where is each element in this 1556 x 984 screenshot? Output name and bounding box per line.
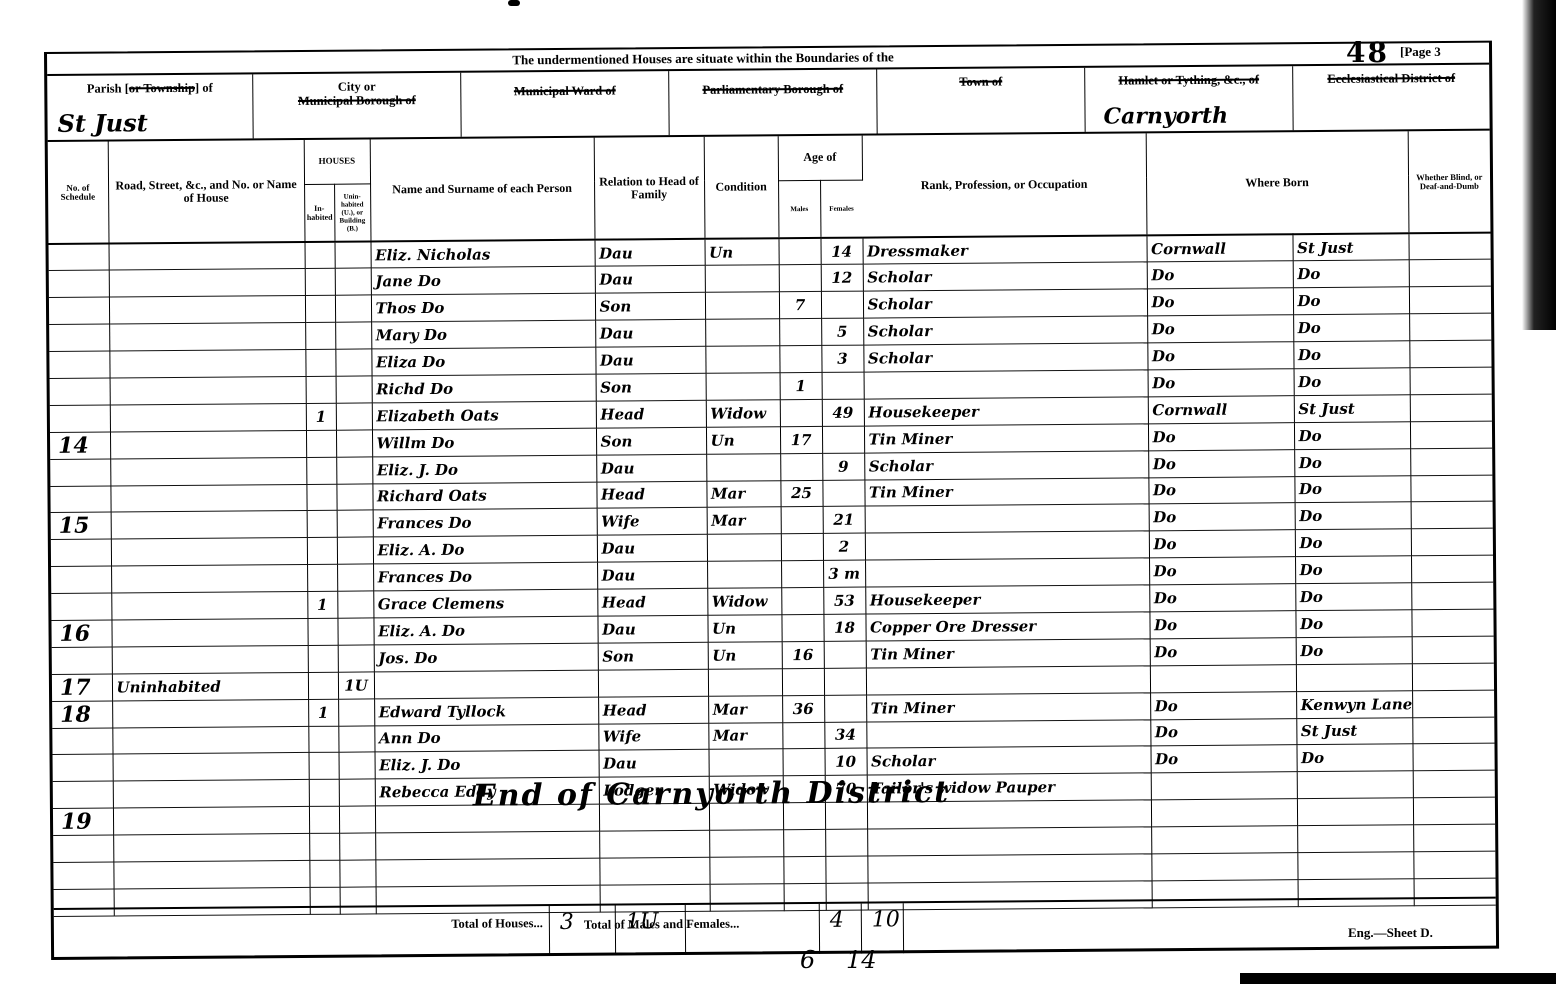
col-relation: Relation to Head of Family (594, 137, 705, 240)
born-parish (1297, 825, 1413, 853)
relation-to-head: Dau (597, 535, 707, 563)
born-county: Do (1149, 530, 1295, 558)
marital-condition: Mar (708, 722, 782, 749)
schedule-number (50, 486, 110, 513)
road-address (110, 403, 306, 431)
road-address (110, 457, 306, 485)
schedule-number (51, 566, 111, 593)
age-female: 34 (824, 722, 866, 749)
relation-to-head: Son (598, 642, 708, 670)
houses-uninhabited (337, 564, 373, 591)
houses-uninhabited (339, 833, 375, 860)
schedule-number (53, 781, 113, 808)
road-address (111, 592, 307, 620)
blind-deaf (1412, 717, 1494, 745)
houses-uninhabited (338, 645, 374, 672)
blind-deaf (1413, 797, 1495, 825)
age-female: 2 (823, 533, 865, 560)
occupation: Scholar (863, 343, 1147, 372)
marital-condition (709, 749, 783, 776)
blind-deaf (1411, 609, 1493, 637)
born-county (1151, 853, 1297, 881)
age-male (781, 587, 823, 614)
marital-condition: Mar (708, 695, 782, 722)
houses-uninhabited (337, 537, 373, 564)
road-address (112, 699, 308, 727)
born-parish: Do (1295, 610, 1411, 638)
running-total-females: 14 (846, 946, 877, 974)
col-name: Name and Surname of each Person (370, 138, 595, 242)
person-name: Eliz. Nicholas (371, 240, 595, 269)
blind-deaf (1412, 690, 1494, 718)
age-male (781, 614, 823, 641)
ecclesiastical-district-cell: Ecclesiastical District of (1293, 65, 1489, 131)
houses-inhabited (304, 242, 334, 269)
houses-uninhabited (336, 430, 372, 457)
born-county: Do (1151, 745, 1297, 773)
scan-artifact (508, 0, 520, 6)
houses-inhabited (307, 538, 337, 565)
age-male: 7 (779, 292, 821, 319)
person-name (375, 831, 599, 860)
relation-to-head (598, 669, 708, 697)
marital-condition: Un (706, 426, 780, 453)
born-county (1151, 772, 1297, 800)
closing-note: End of Carnyorth District (473, 775, 951, 814)
col-uninhabited: Unin-habited (U.), or Building (B.) (334, 183, 370, 241)
person-name: Edward Tyllock (374, 697, 598, 726)
age-male (780, 399, 822, 426)
relation-to-head (599, 857, 709, 885)
town-cell: Town of (877, 68, 1085, 134)
houses-inhabited (307, 564, 337, 591)
person-name: Frances Do (373, 509, 597, 538)
schedule-number: 19 (53, 808, 113, 835)
born-county (1150, 664, 1296, 692)
houses-inhabited (308, 726, 338, 753)
relation-to-head: Dau (595, 266, 705, 294)
marital-condition: Un (708, 642, 782, 669)
relation-to-head: Son (596, 373, 706, 401)
age-female: 12 (821, 264, 863, 291)
scan-edge-shadow-bottom (1240, 973, 1556, 984)
town-label: Town of (877, 68, 1084, 90)
road-address (112, 645, 308, 673)
houses-uninhabited (339, 779, 375, 806)
occupation: Scholar (863, 289, 1147, 318)
person-name: Eliz. J. Do (375, 751, 599, 780)
born-county: Do (1149, 611, 1295, 639)
col-schedule: No. of Schedule (48, 142, 109, 244)
col-houses: HOUSES (304, 139, 370, 184)
houses-uninhabited (339, 752, 375, 779)
age-female: 21 (823, 506, 865, 533)
age-male: 17 (780, 426, 822, 453)
age-female: 3 (821, 345, 863, 372)
born-parish: Do (1296, 637, 1412, 665)
schedule-number: 15 (51, 512, 111, 539)
houses-inhabited (306, 376, 336, 403)
age-female (825, 829, 867, 856)
born-county: Do (1147, 288, 1293, 316)
parliamentary-borough-cell: Parliamentary Borough of (669, 69, 877, 135)
road-address (111, 538, 307, 566)
age-female (822, 480, 864, 507)
houses-uninhabited (335, 268, 371, 295)
houses-inhabited (306, 430, 336, 457)
marital-condition: Widow (707, 588, 781, 615)
municipal-ward-label: Municipal Ward of (461, 71, 668, 99)
person-name: Ann Do (374, 724, 598, 753)
houses-uninhabited (338, 725, 374, 752)
schedule-number: 16 (51, 620, 111, 647)
blind-deaf (1409, 313, 1491, 341)
blind-deaf (1409, 340, 1491, 368)
parish-label: Parish [or Township] of (47, 74, 252, 96)
born-parish: Do (1294, 368, 1410, 396)
road-address (111, 511, 307, 539)
age-male (781, 561, 823, 588)
blind-deaf (1409, 260, 1491, 288)
schedule-number (51, 593, 111, 620)
blind-deaf (1410, 367, 1492, 395)
relation-to-head: Dau (599, 750, 709, 778)
born-parish: Do (1295, 556, 1411, 584)
col-condition: Condition (704, 136, 779, 239)
born-parish: St Just (1296, 717, 1412, 745)
born-parish (1297, 771, 1413, 799)
relation-to-head: Dau (597, 615, 707, 643)
blind-deaf (1412, 636, 1494, 664)
houses-uninhabited (334, 241, 370, 268)
age-female (824, 668, 866, 695)
schedule-number: 17 (52, 674, 112, 701)
col-inhabited: In-habited (304, 184, 334, 242)
marital-condition (706, 373, 780, 400)
born-parish (1297, 852, 1413, 880)
marital-condition: Un (705, 238, 779, 265)
person-name: Eliza Do (371, 347, 595, 376)
houses-uninhabited (337, 591, 373, 618)
born-county: Do (1149, 503, 1295, 531)
houses-inhabited (305, 322, 335, 349)
age-female (821, 291, 863, 318)
marital-condition (705, 292, 779, 319)
houses-inhabited (305, 269, 335, 296)
age-female: 5 (821, 318, 863, 345)
marital-condition (705, 265, 779, 292)
road-address (109, 350, 305, 378)
parish-value: St Just (57, 108, 147, 138)
road-address (111, 565, 307, 593)
occupation: Tin Miner (864, 477, 1148, 506)
col-blind-deaf: Whether Blind, or Deaf-and-Dumb (1408, 131, 1491, 234)
occupation: Scholar (864, 450, 1148, 479)
relation-to-head: Dau (595, 319, 705, 347)
occupation: Tin Miner (866, 692, 1150, 721)
born-parish: Do (1293, 314, 1409, 342)
age-male (779, 345, 821, 372)
age-male: 25 (780, 480, 822, 507)
relation-to-head: Head (597, 588, 707, 616)
marital-condition: Un (707, 615, 781, 642)
born-parish: Do (1294, 448, 1410, 476)
houses-inhabited: 1 (306, 403, 336, 430)
houses-uninhabited (336, 376, 372, 403)
municipal-ward-cell: Municipal Ward of (461, 71, 669, 137)
total-males-value: 4 (830, 908, 844, 933)
col-where-born: Where Born (1146, 131, 1409, 235)
born-parish: Do (1296, 744, 1412, 772)
houses-inhabited (306, 457, 336, 484)
age-female (825, 856, 867, 883)
road-address (113, 780, 309, 808)
blind-deaf (1413, 770, 1495, 798)
houses-inhabited (309, 833, 339, 860)
road-address (110, 376, 306, 404)
blind-deaf (1411, 528, 1493, 556)
person-name (375, 858, 599, 887)
schedule-number: 18 (52, 701, 112, 728)
houses-uninhabited (336, 483, 372, 510)
born-county: Do (1148, 449, 1294, 477)
age-female: 53 (823, 587, 865, 614)
age-female: 18 (823, 614, 865, 641)
age-male (779, 238, 821, 265)
relation-to-head: Wife (598, 723, 708, 751)
person-name: Richard Oats (372, 482, 596, 511)
relation-to-head: Son (596, 427, 706, 455)
person-name: Richd Do (372, 374, 596, 403)
schedule-number (50, 378, 110, 405)
age-female: 14 (820, 238, 862, 265)
born-parish (1297, 798, 1413, 826)
relation-to-head: Wife (597, 508, 707, 536)
age-male (783, 749, 825, 776)
age-male (781, 507, 823, 534)
age-female: 3 m (823, 560, 865, 587)
houses-uninhabited (335, 295, 371, 322)
born-parish: Do (1295, 502, 1411, 530)
houses-uninhabited (336, 403, 372, 430)
schedule-number (49, 243, 109, 270)
born-county: Do (1147, 261, 1293, 289)
person-name: Jane Do (371, 267, 595, 296)
houses-inhabited (309, 780, 339, 807)
houses-inhabited (309, 860, 339, 887)
marital-condition (706, 453, 780, 480)
occupation: Tin Miner (864, 424, 1148, 453)
hamlet-value: Carnyorth (1103, 103, 1228, 130)
person-name (374, 670, 598, 699)
census-rows: Eliz. NicholasDauUn14DressmakerCornwallS… (49, 233, 1496, 917)
person-name: Eliz. A. Do (373, 616, 597, 645)
age-male (779, 319, 821, 346)
houses-inhabited: 1 (307, 591, 337, 618)
running-total-males: 6 (800, 946, 815, 974)
schedule-number (49, 351, 109, 378)
boundaries-row: Parish [or Township] of St Just City orM… (47, 65, 1489, 142)
blind-deaf (1409, 286, 1491, 314)
blind-deaf (1410, 475, 1492, 503)
relation-to-head (599, 830, 709, 858)
occupation (865, 504, 1149, 533)
born-parish: Do (1293, 260, 1409, 288)
blind-deaf (1413, 824, 1495, 852)
born-parish: St Just (1292, 233, 1408, 261)
person-name: Jos. Do (374, 643, 598, 672)
born-parish: Do (1295, 583, 1411, 611)
schedule-number: 14 (50, 432, 110, 459)
marital-condition (707, 534, 781, 561)
age-male (782, 722, 824, 749)
occupation (867, 854, 1151, 883)
age-male (782, 668, 824, 695)
age-male (783, 856, 825, 883)
parliamentary-borough-label: Parliamentary Borough of (669, 69, 876, 97)
schedule-number (52, 728, 112, 755)
hamlet-label: Hamlet or Tything, &c., of (1085, 66, 1292, 88)
road-address (113, 753, 309, 781)
relation-to-head: Dau (596, 454, 706, 482)
occupation: Scholar (863, 316, 1147, 345)
person-name: Thos Do (371, 293, 595, 322)
houses-uninhabited (335, 349, 371, 376)
born-parish: Do (1294, 475, 1410, 503)
born-county: Do (1150, 718, 1296, 746)
blind-deaf (1411, 582, 1493, 610)
road-address (110, 430, 306, 458)
road-address (109, 296, 305, 324)
born-parish: Kenwyn Lane (1296, 690, 1412, 718)
col-males: Males (778, 180, 820, 238)
houses-uninhabited (338, 699, 374, 726)
relation-to-head: Dau (597, 561, 707, 589)
relation-to-head: Dau (595, 346, 705, 374)
person-name: Willm Do (372, 428, 596, 457)
schedule-number (53, 862, 113, 889)
houses-uninhabited: 1U (338, 672, 374, 699)
born-county: Do (1148, 369, 1294, 397)
occupation (864, 370, 1148, 399)
born-parish: Do (1294, 422, 1410, 450)
age-male: 1 (780, 372, 822, 399)
blind-deaf (1411, 555, 1493, 583)
occupation (867, 827, 1151, 856)
houses-inhabited (307, 618, 337, 645)
age-male (779, 265, 821, 292)
blind-deaf (1410, 394, 1492, 422)
marital-condition (705, 346, 779, 373)
born-county: Cornwall (1148, 396, 1294, 424)
census-sheet: The undermentioned Houses are situate wi… (44, 41, 1499, 960)
total-persons-label: Total of Males and Females... (584, 917, 740, 933)
blind-deaf (1412, 663, 1494, 691)
houses-inhabited (309, 806, 339, 833)
occupation: Scholar (867, 746, 1151, 775)
age-male (780, 453, 822, 480)
born-county: Do (1150, 691, 1296, 719)
relation-to-head: Head (596, 481, 706, 509)
total-houses-label: Total of Houses... (451, 916, 543, 932)
road-address (109, 323, 305, 351)
road-address (109, 242, 305, 270)
schedule-number (49, 270, 109, 297)
age-female (824, 641, 866, 668)
born-county (1151, 826, 1297, 854)
age-female: 9 (822, 453, 864, 480)
occupation (865, 531, 1149, 560)
marital-condition (707, 561, 781, 588)
age-female (824, 695, 866, 722)
houses-inhabited (305, 349, 335, 376)
houses-uninhabited (339, 806, 375, 833)
marital-condition: Mar (706, 480, 780, 507)
relation-to-head: Head (596, 400, 706, 428)
born-parish: Do (1293, 341, 1409, 369)
relation-to-head: Dau (595, 239, 705, 267)
houses-uninhabited (336, 457, 372, 484)
houses-inhabited (305, 296, 335, 323)
born-county: Do (1148, 476, 1294, 504)
age-female (822, 372, 864, 399)
blind-deaf (1410, 448, 1492, 476)
marital-condition (708, 668, 782, 695)
total-females-value: 10 (872, 907, 900, 932)
born-parish: Do (1293, 287, 1409, 315)
age-male (783, 829, 825, 856)
occupation: Dressmaker (862, 235, 1146, 264)
marital-condition (709, 830, 783, 857)
houses-uninhabited (337, 618, 373, 645)
age-female: 10 (825, 748, 867, 775)
blind-deaf (1413, 744, 1495, 772)
person-name: Grace Clemens (373, 589, 597, 618)
road-address (113, 860, 309, 888)
road-address (109, 269, 305, 297)
hamlet-cell: Hamlet or Tything, &c., of Carnyorth (1085, 66, 1293, 132)
schedule-number (53, 835, 113, 862)
road-address (110, 484, 306, 512)
schedule-number (50, 459, 110, 486)
person-name: Elizabeth Oats (372, 401, 596, 430)
schedule-number (51, 539, 111, 566)
houses-uninhabited (337, 510, 373, 537)
occupation: Tin Miner (866, 639, 1150, 668)
born-county (1151, 799, 1297, 827)
houses-inhabited (306, 484, 336, 511)
schedule-number (52, 647, 112, 674)
total-houses-inhabited-value: 3 (560, 910, 574, 935)
blind-deaf (1408, 233, 1490, 261)
houses-inhabited (307, 511, 337, 538)
houses-inhabited (309, 753, 339, 780)
born-parish (1296, 664, 1412, 692)
col-females: Females (820, 180, 862, 238)
road-address (112, 726, 308, 754)
parish-cell: Parish [or Township] of St Just (47, 74, 253, 140)
marital-condition: Mar (707, 507, 781, 534)
person-name: Frances Do (373, 562, 597, 591)
person-name: Eliz. J. Do (372, 455, 596, 484)
occupation: Housekeeper (865, 585, 1149, 614)
blind-deaf (1410, 421, 1492, 449)
relation-to-head: Head (598, 696, 708, 724)
total-houses-label-cell: Total of Houses... (54, 906, 550, 960)
houses-inhabited: 1 (308, 699, 338, 726)
sheet-label: Eng.—Sheet D. (1348, 925, 1433, 941)
born-county: Do (1149, 557, 1295, 585)
